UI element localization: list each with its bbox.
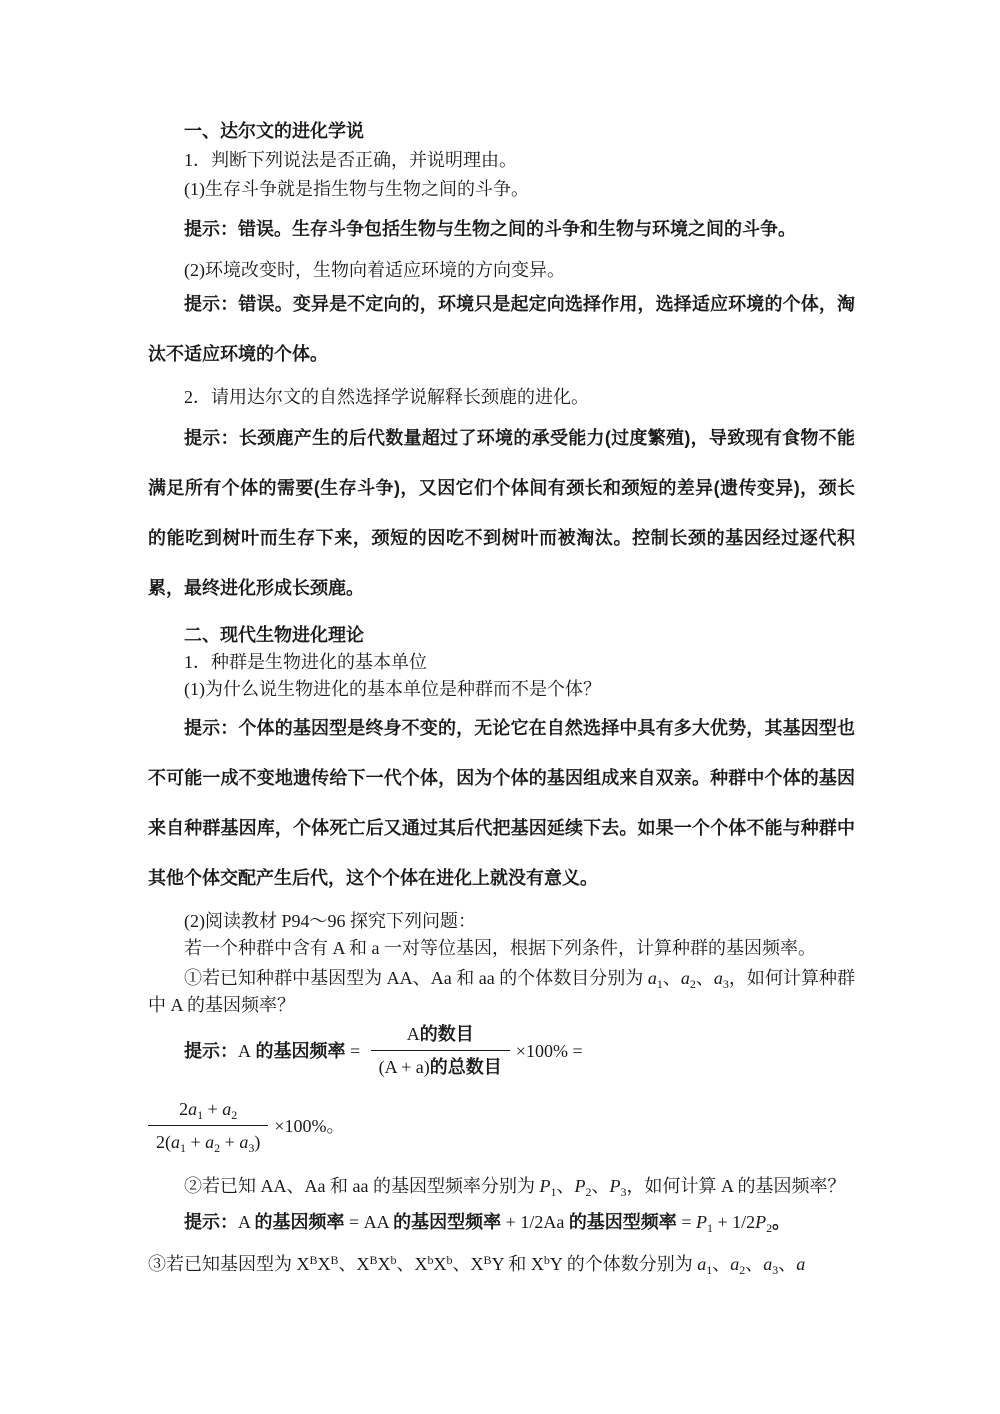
hint-answer-population-unit: 提示：个体的基因型是终身不变的，无论它在自然选择中具有多大优势，其基因型也不可能…	[148, 703, 855, 903]
formula-gene-frequency-line1: 提示：A 的基因频率 = A的数目(A + a)的总数目×100% =	[148, 1021, 855, 1080]
sub-question-3: ③若已知基因型为 XBXB、XBXb、XbXb、XBY 和 XbY 的个体数分别…	[148, 1251, 855, 1278]
hint-answer-2: 提示：长颈鹿产生的后代数量超过了环境的承受能力(过度繁殖)，导致现有食物不能满足…	[148, 413, 855, 613]
section-heading-modern-theory: 二、现代生物进化理论	[148, 622, 855, 649]
hint-label: 提示：	[184, 1038, 238, 1064]
fraction-denominator: 2(a1 + a2 + a3)	[148, 1125, 268, 1155]
question-population-unit: (1)为什么说生物进化的基本单位是种群而不是个体？	[148, 676, 855, 703]
times-100-percent: ×100%。	[274, 1113, 344, 1139]
formula-gene-freq-label: 的基因频率	[256, 1038, 346, 1064]
sub-question-1: ①若已知种群中基因型为 AA、Aa 和 aa 的个体数目分别为 a1、a2、a3…	[148, 965, 855, 1019]
formula-gene-frequency-line2: 2a1 + a22(a1 + a2 + a3)×100%。	[148, 1096, 855, 1155]
section-heading-darwin-theory: 一、达尔文的进化学说	[148, 118, 855, 145]
statement-1-1: (1)生存斗争就是指生物与生物之间的斗争。	[148, 176, 855, 203]
page: 一、达尔文的进化学说 1．判断下列说法是否正确，并说明理由。 (1)生存斗争就是…	[0, 0, 1000, 1414]
question-read-textbook: (2)阅读教材 P94～96 探究下列问题：	[148, 908, 855, 935]
fraction-numerator: A的数目	[399, 1021, 482, 1050]
formula-latin-a: A	[238, 1038, 256, 1064]
fraction-denominator: (A + a)的总数目	[371, 1050, 510, 1080]
hint-answer-sub-question-2: 提示：A 的基因频率 = AA 的基因型频率 + 1/2Aa 的基因型频率 = …	[148, 1209, 855, 1236]
document-page: { "page": { "background_color": "#ffffff…	[0, 0, 1000, 1414]
equals-sign: =	[346, 1038, 365, 1064]
hint-answer-1-2: 提示：错误。变异是不定向的，环境只是起定向选择作用，选择适应环境的个体，淘汰不适…	[148, 279, 855, 379]
fraction-numerator: 2a1 + a2	[171, 1096, 245, 1125]
sub-question-2: ②若已知 AA、Aa 和 aa 的基因型频率分别为 P1、P2、P3，如何计算 …	[148, 1173, 855, 1200]
times-100-percent: ×100% =	[516, 1038, 583, 1064]
question-intro-allele: 若一个种群中含有 A 和 a 一对等位基因，根据下列条件，计算种群的基因频率。	[148, 935, 855, 962]
topic-1-title: 1．种群是生物进化的基本单位	[148, 649, 855, 676]
question-2: 2．请用达尔文的自然选择学说解释长颈鹿的进化。	[148, 384, 855, 411]
question-1: 1．判断下列说法是否正确，并说明理由。	[148, 147, 855, 174]
fraction-a-count-over-total: A的数目(A + a)的总数目	[371, 1021, 510, 1080]
fraction-2a1-a2: 2a1 + a22(a1 + a2 + a3)	[148, 1096, 268, 1155]
hint-answer-1-1: 提示：错误。生存斗争包括生物与生物之间的斗争和生物与环境之间的斗争。	[148, 216, 855, 243]
